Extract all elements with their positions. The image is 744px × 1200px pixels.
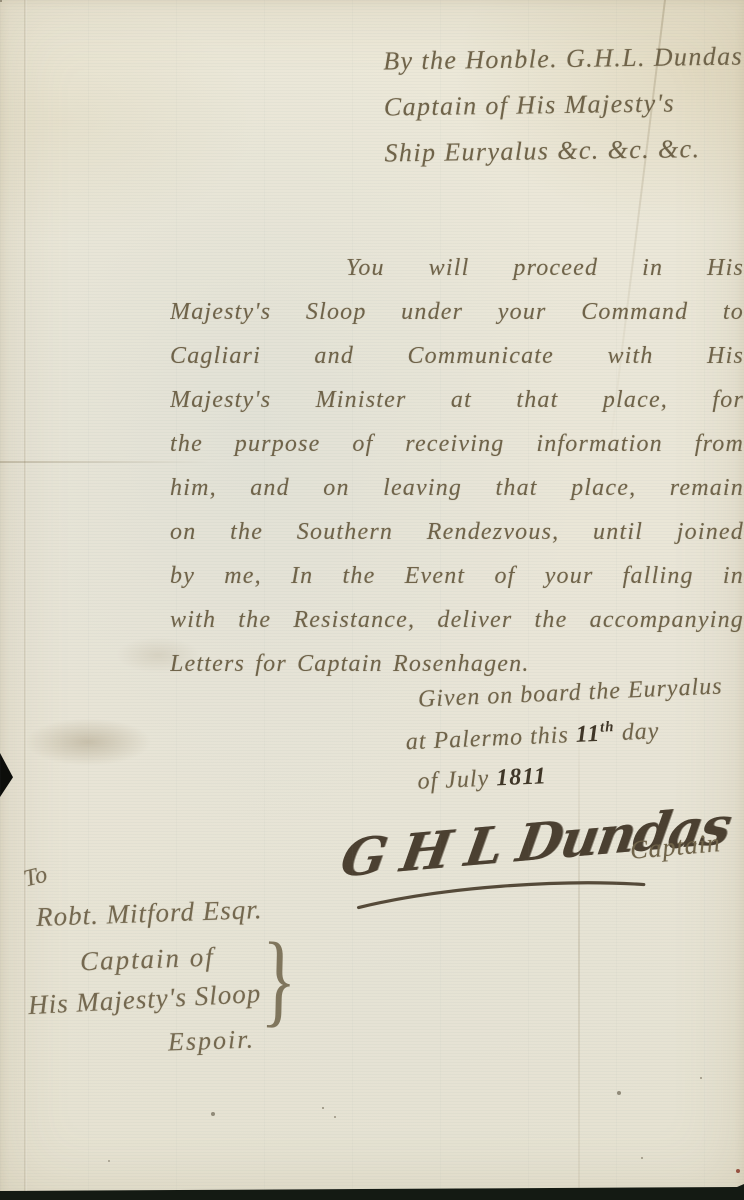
heading-line-rank: Captain of His Majesty's: [384, 87, 744, 138]
paper-sheet: By the Honble. G.H.L. Dundas Captain of …: [0, 0, 744, 1200]
dateline-year: 1811: [496, 763, 548, 791]
letter-heading: By the Honble. G.H.L. Dundas Captain of …: [383, 41, 744, 184]
body-line: with the Resistance, deliver the accompa…: [170, 598, 744, 642]
backdrop-notch: [0, 753, 13, 797]
body-line: on the Southern Rendezvous, until joined: [170, 510, 744, 554]
heading-line-ship: Ship Euryalus &c. &c. &c.: [384, 133, 744, 184]
body-line: him, and on leaving that place, remain: [170, 466, 744, 510]
body-line: You will proceed in His: [170, 246, 744, 290]
body-line: Majesty's Minister at that place, for: [170, 378, 744, 422]
address-to: To: [21, 862, 50, 894]
dateline-day-word: day: [621, 718, 660, 746]
dateline-block: Given on board the Euryalus at Palermo t…: [417, 673, 727, 809]
ink-specks: [0, 0, 2, 2]
address-brace: }: [260, 929, 297, 1031]
dateline-day-suffix: th: [600, 719, 615, 736]
letter-body: You will proceed in His Majesty's Sloop …: [170, 246, 744, 686]
signature-title: Captain: [629, 828, 722, 866]
body-line: Majesty's Sloop under your Command to: [170, 290, 744, 334]
dateline-place: at Palermo this: [405, 722, 569, 755]
address-recipient-ship-line: His Majesty's Sloop: [27, 978, 262, 1021]
dateline-day-number: 11: [575, 721, 601, 748]
vertical-fold-crease: [24, 0, 27, 1191]
scanned-letter-page: By the Honble. G.H.L. Dundas Captain of …: [0, 0, 744, 1200]
address-recipient-rank: Captain of: [80, 942, 216, 978]
body-line: Cagliari and Communicate with His: [170, 334, 744, 378]
address-recipient-name: Robt. Mitford Esqr.: [36, 894, 263, 933]
body-line: the purpose of receiving information fro…: [170, 422, 744, 466]
body-line: by me, In the Event of your falling in: [170, 554, 744, 598]
dateline-month: of July: [417, 766, 490, 795]
heading-line-issuer: By the Honble. G.H.L. Dundas: [383, 41, 743, 92]
address-ship-name: Espoir.: [168, 1024, 256, 1057]
